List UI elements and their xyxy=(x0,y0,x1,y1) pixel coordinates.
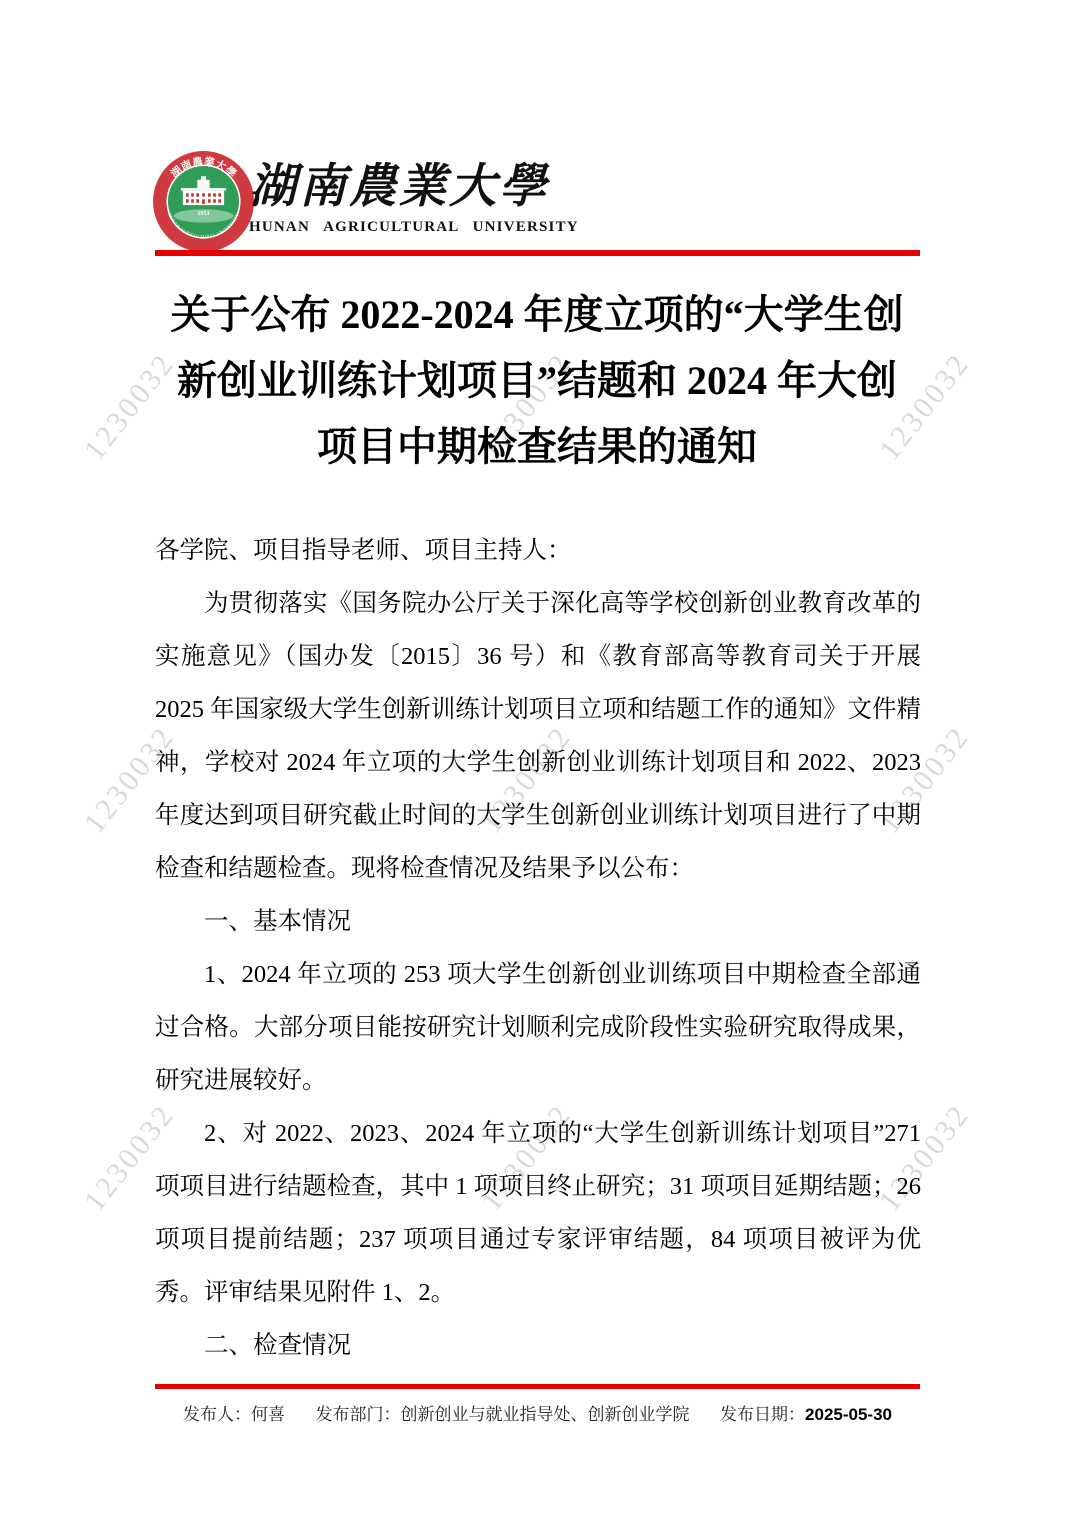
header-divider-line xyxy=(155,250,920,256)
date-value: 2025-05-30 xyxy=(805,1405,892,1424)
department-label: 发布部门： xyxy=(316,1405,401,1424)
footer: 发布人：何喜 发布部门：创新创业与就业指导处、创新创业学院 发布日期：2025-… xyxy=(155,1399,920,1431)
footer-department: 发布部门：创新创业与就业指导处、创新创业学院 xyxy=(316,1399,690,1431)
section-heading-2: 二、检查情况 xyxy=(155,1319,921,1372)
salutation: 各学院、项目指导老师、项目主持人： xyxy=(155,524,921,577)
document-page: 1230032 1230032 1230032 1230032 1230032 … xyxy=(0,0,1074,1520)
publisher-value: 何喜 xyxy=(251,1405,285,1424)
header-brand: 湖南農業大學 HUNAN AGRICULTURAL UNIVERSITY xyxy=(249,156,809,236)
footer-divider-line xyxy=(155,1384,920,1389)
footer-date: 发布日期：2025-05-30 xyxy=(720,1399,892,1431)
paragraph-intro: 为贯彻落实《国务院办公厅关于深化高等学校创新创业教育改革的实施意见》（国办发〔2… xyxy=(155,577,921,895)
paragraph-item-2: 2、对 2022、2023、2024 年立项的“大学生创新训练计划项目”271 … xyxy=(155,1107,921,1319)
document-body: 各学院、项目指导老师、项目主持人： 为贯彻落实《国务院办公厅关于深化高等学校创新… xyxy=(155,524,921,1372)
university-name-english: HUNAN AGRICULTURAL UNIVERSITY xyxy=(249,219,809,236)
date-label: 发布日期： xyxy=(720,1405,805,1424)
section-heading-1: 一、基本情况 xyxy=(155,895,921,948)
university-name-calligraphy: 湖南農業大學 xyxy=(249,156,809,218)
publisher-label: 发布人： xyxy=(183,1405,251,1424)
document-title-line-2: 新创业训练计划项目”结题和 2024 年大创 xyxy=(0,348,1074,414)
paragraph-item-1: 1、2024 年立项的 253 项大学生创新创业训练项目中期检查全部通过合格。大… xyxy=(155,948,921,1107)
footer-publisher: 发布人：何喜 xyxy=(183,1399,285,1431)
department-value: 创新创业与就业指导处、创新创业学院 xyxy=(401,1405,690,1424)
document-title-line-3: 项目中期检查结果的通知 xyxy=(0,414,1074,480)
seal-year-label: 1951 xyxy=(197,210,209,217)
document-title: 关于公布 2022-2024 年度立项的“大学生创 新创业训练计划项目”结题和 … xyxy=(0,282,1074,480)
university-seal-icon: 1951 湖南農業大學 HUNAN AGRICULTURAL UNIVERSIT… xyxy=(152,150,255,253)
document-title-line-1: 关于公布 2022-2024 年度立项的“大学生创 xyxy=(0,282,1074,348)
